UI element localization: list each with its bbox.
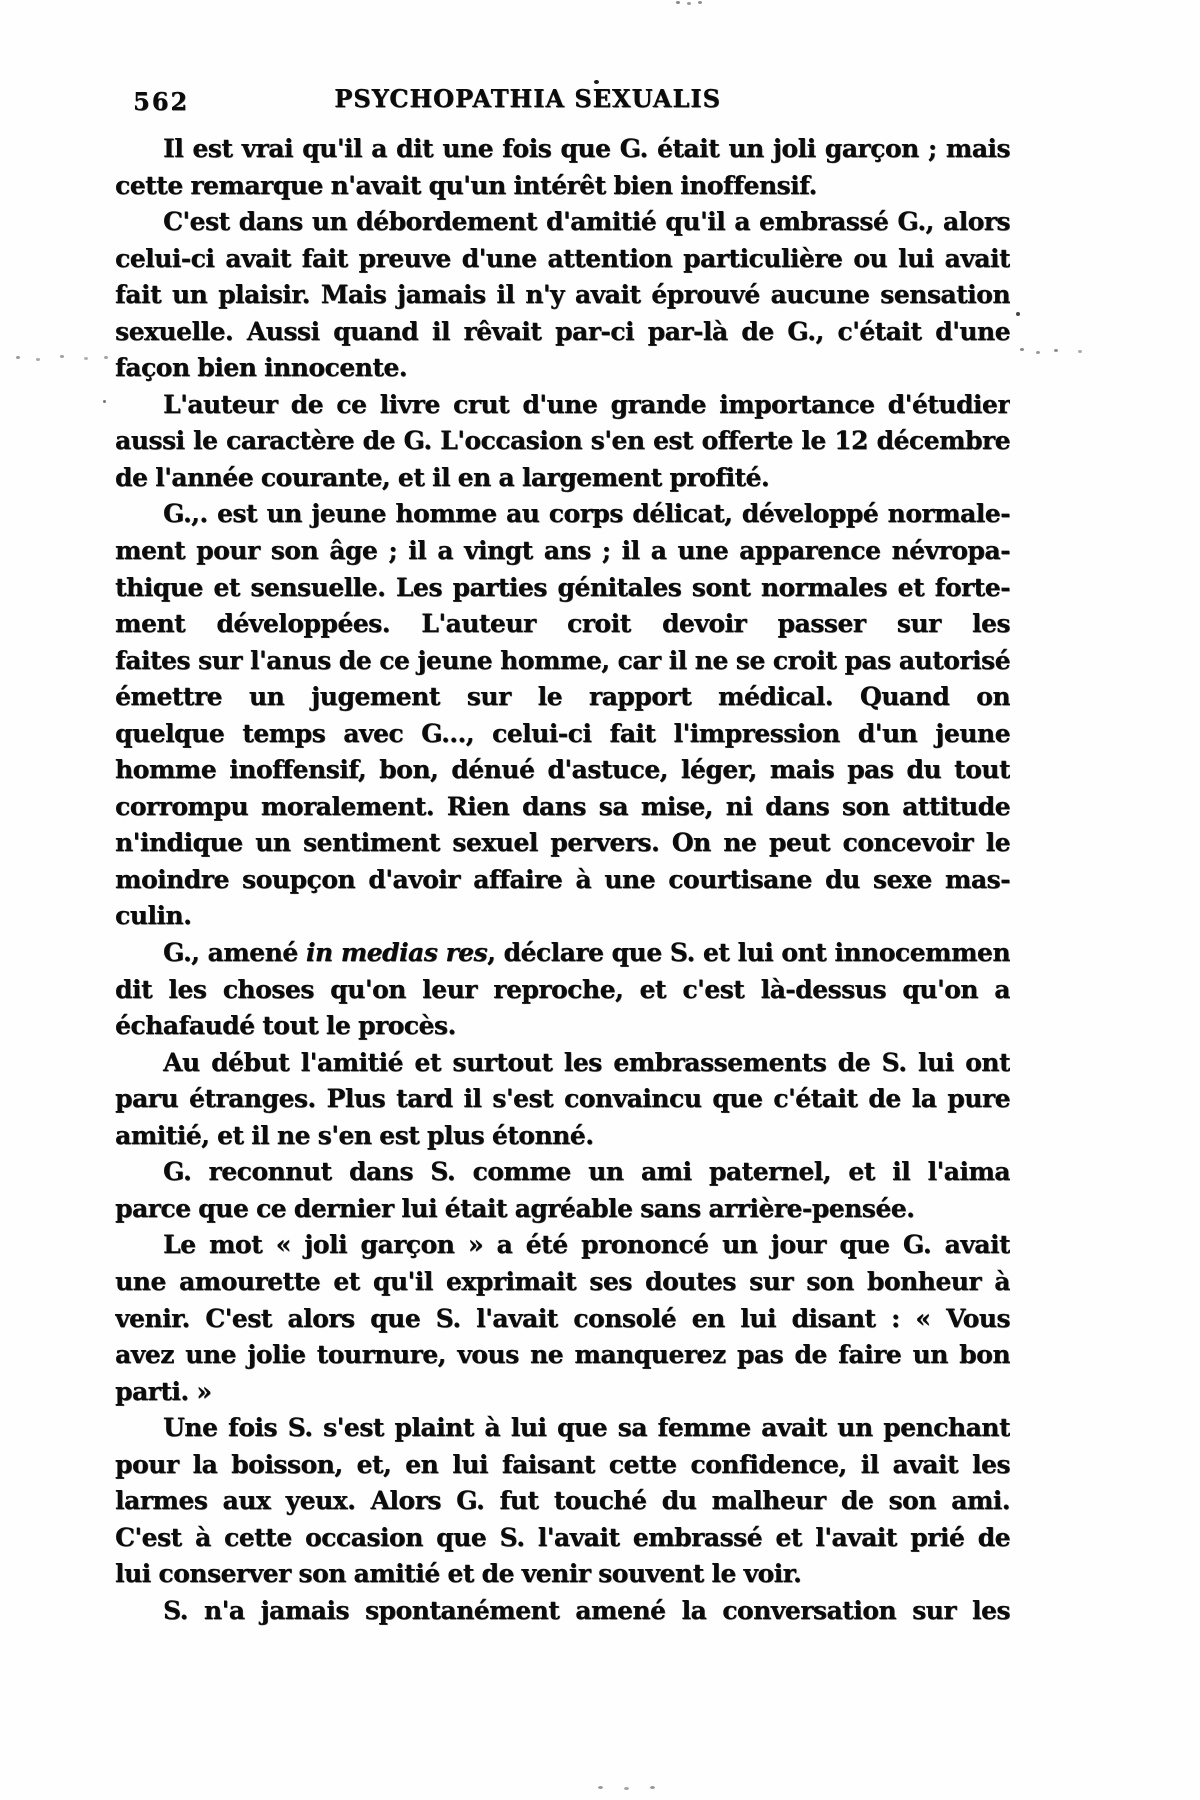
text-line: venir. C'est alors que S. l'avait consol… — [115, 1301, 1010, 1338]
text-line: amitié, et il ne s'en est plus étonné. — [115, 1118, 1010, 1155]
scan-speck — [16, 356, 20, 359]
scan-speck — [1020, 348, 1024, 351]
text-line: S. n'a jamais spontanément amené la conv… — [115, 1593, 1010, 1630]
text-segment: , déclare que S. et lui ont innocemmen — [487, 938, 1010, 967]
text-line: homme inoffensif, bon, dénué d'astuce, l… — [115, 752, 1010, 789]
text-line: Il est vrai qu'il a dit une fois que G. … — [115, 131, 1010, 168]
text-line: échafaudé tout le procès. — [115, 1008, 1010, 1045]
text-line: faites sur l'anus de ce jeune homme, car… — [115, 643, 1010, 680]
running-title: PSYCHOPATHIA SEXUALIS — [115, 84, 1010, 113]
text-line: aussi le caractère de G. L'occasion s'en… — [115, 423, 1010, 460]
scan-speck — [594, 80, 599, 84]
text-line: dit les choses qu'on leur reproche, et c… — [115, 972, 1010, 1009]
text-line: parce que ce dernier lui était agréable … — [115, 1191, 1010, 1228]
text-line: L'auteur de ce livre crut d'une grande i… — [115, 387, 1010, 424]
text-line: quelque temps avec G..., celui-ci fait l… — [115, 716, 1010, 753]
text-line: pour la boisson, et, en lui faisant cett… — [115, 1447, 1010, 1484]
text-line: façon bien innocente. — [115, 350, 1010, 387]
text-line: ment développées. L'auteur croit devoir … — [115, 606, 1010, 643]
text-line: celui-ci avait fait preuve d'une attenti… — [115, 241, 1010, 278]
scan-speck — [1016, 312, 1020, 316]
text-line: fait un plaisir. Mais jamais il n'y avai… — [115, 277, 1010, 314]
text-line: thique et sensuelle. Les parties génital… — [115, 570, 1010, 607]
text-line: une amourette et qu'il exprimait ses dou… — [115, 1264, 1010, 1301]
page-header: 562 PSYCHOPATHIA SEXUALIS — [115, 84, 1010, 120]
text-line: moindre soupçon d'avoir affaire à une co… — [115, 862, 1010, 899]
text-line: paru étranges. Plus tard il s'est convai… — [115, 1081, 1010, 1118]
text-line: G. reconnut dans S. comme un ami paterne… — [115, 1154, 1010, 1191]
scan-speck — [103, 400, 106, 403]
text-line: Une fois S. s'est plaint à lui que sa fe… — [115, 1410, 1010, 1447]
text-line: cette remarque n'avait qu'un intérêt bie… — [115, 168, 1010, 205]
text-line: culin. — [115, 898, 1010, 935]
text-line: Le mot « joli garçon » a été prononcé un… — [115, 1227, 1010, 1264]
scan-speck — [598, 1786, 603, 1789]
text-line: émettre un jugement sur le rapport médic… — [115, 679, 1010, 716]
text-line: larmes aux yeux. Alors G. fut touché du … — [115, 1483, 1010, 1520]
text-line: de l'année courante, et il en a largemen… — [115, 460, 1010, 497]
text-line: avez une jolie tournure, vous ne manquer… — [115, 1337, 1010, 1374]
latin-phrase: in medias res — [306, 938, 487, 967]
text-line: n'indique un sentiment sexuel pervers. O… — [115, 825, 1010, 862]
text-line: G.,. est un jeune homme au corps délicat… — [115, 496, 1010, 533]
text-line: Au début l'amitié et surtout les embrass… — [115, 1045, 1010, 1082]
text-line: lui conserver son amitié et de venir sou… — [115, 1556, 1010, 1593]
text-line: sexuelle. Aussi quand il rêvait par-ci p… — [115, 314, 1010, 351]
body-text: Il est vrai qu'il a dit une fois que G. … — [115, 131, 1010, 1629]
text-segment: G., amené — [163, 938, 298, 967]
text-line: parti. » — [115, 1374, 1010, 1411]
scanned-book-page: 562 PSYCHOPATHIA SEXUALIS Il est vrai qu… — [0, 0, 1200, 1800]
text-line: G., amené in medias res, déclare que S. … — [115, 935, 1010, 972]
text-line: C'est dans un débordement d'amitié qu'il… — [115, 204, 1010, 241]
scan-speck — [676, 1, 680, 4]
text-line: C'est à cette occasion que S. l'avait em… — [115, 1520, 1010, 1557]
text-line: corrompu moralement. Rien dans sa mise, … — [115, 789, 1010, 826]
text-line: ment pour son âge ; il a vingt ans ; il … — [115, 533, 1010, 570]
